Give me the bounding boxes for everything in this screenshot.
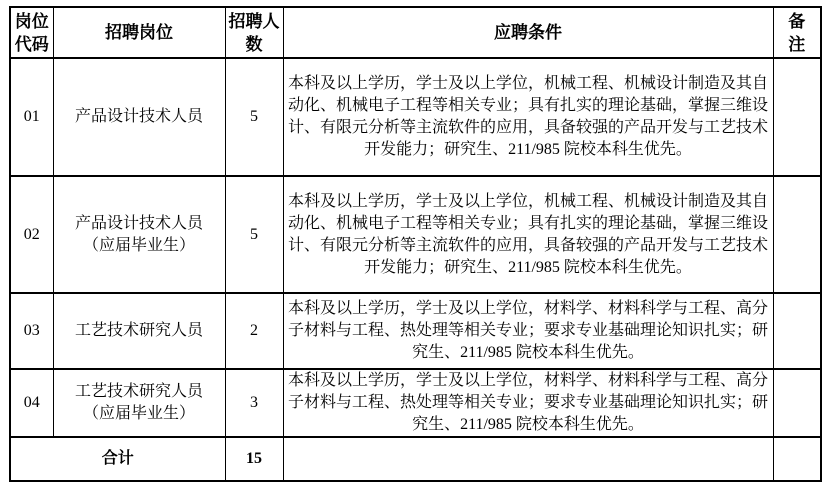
position-name: 产品设计技术人员 [54, 106, 225, 128]
recruitment-table-page: 岗位代码 招聘岗位 招聘人数 应聘条件 备注 01 产品设计技术人员 5 本科及… [0, 0, 827, 484]
cell-headcount: 3 [225, 369, 283, 437]
position-suffix: （应届毕业生） [54, 235, 225, 257]
cell-remark [773, 293, 821, 369]
position-name: 工艺技术研究人员 [54, 381, 225, 403]
total-requirements-empty [283, 437, 773, 481]
cell-code: 01 [10, 58, 53, 176]
cell-code: 04 [10, 369, 53, 437]
cell-headcount: 2 [225, 293, 283, 369]
total-remark-empty [773, 437, 821, 481]
position-name: 工艺技术研究人员 [54, 320, 225, 342]
cell-position: 工艺技术研究人员 [53, 293, 225, 369]
header-position-code: 岗位代码 [10, 7, 53, 58]
cell-headcount: 5 [225, 58, 283, 176]
table-row: 04 工艺技术研究人员 （应届毕业生） 3 本科及以上学历，学士及以上学位，材料… [10, 369, 821, 437]
cell-position: 产品设计技术人员 （应届毕业生） [53, 176, 225, 293]
total-row: 合计 15 [10, 437, 821, 481]
cell-requirements: 本科及以上学历，学士及以上学位，机械工程、机械设计制造及其自动化、机械电子工程等… [283, 176, 773, 293]
recruitment-table: 岗位代码 招聘岗位 招聘人数 应聘条件 备注 01 产品设计技术人员 5 本科及… [9, 6, 822, 482]
header-remark: 备注 [773, 7, 821, 58]
cell-remark [773, 58, 821, 176]
position-suffix: （应届毕业生） [54, 403, 225, 425]
cell-position: 产品设计技术人员 [53, 58, 225, 176]
position-name: 产品设计技术人员 [54, 213, 225, 235]
table-row: 02 产品设计技术人员 （应届毕业生） 5 本科及以上学历，学士及以上学位，机械… [10, 176, 821, 293]
cell-remark [773, 369, 821, 437]
header-row: 岗位代码 招聘岗位 招聘人数 应聘条件 备注 [10, 7, 821, 58]
header-remark-text: 备注 [787, 10, 806, 56]
header-headcount: 招聘人数 [225, 7, 283, 58]
cell-code: 03 [10, 293, 53, 369]
cell-requirements: 本科及以上学历，学士及以上学位，材料学、材料科学与工程、高分子材料与工程、热处理… [283, 369, 773, 437]
cell-remark [773, 176, 821, 293]
cell-code: 02 [10, 176, 53, 293]
cell-position: 工艺技术研究人员 （应届毕业生） [53, 369, 225, 437]
header-position-title: 招聘岗位 [53, 7, 225, 58]
cell-headcount: 5 [225, 176, 283, 293]
header-requirements: 应聘条件 [283, 7, 773, 58]
table-row: 01 产品设计技术人员 5 本科及以上学历，学士及以上学位，机械工程、机械设计制… [10, 58, 821, 176]
table-row: 03 工艺技术研究人员 2 本科及以上学历，学士及以上学位，材料学、材料科学与工… [10, 293, 821, 369]
cell-requirements: 本科及以上学历，学士及以上学位，机械工程、机械设计制造及其自动化、机械电子工程等… [283, 58, 773, 176]
total-headcount: 15 [225, 437, 283, 481]
cell-requirements: 本科及以上学历，学士及以上学位，材料学、材料科学与工程、高分子材料与工程、热处理… [283, 293, 773, 369]
total-label: 合计 [10, 437, 225, 481]
